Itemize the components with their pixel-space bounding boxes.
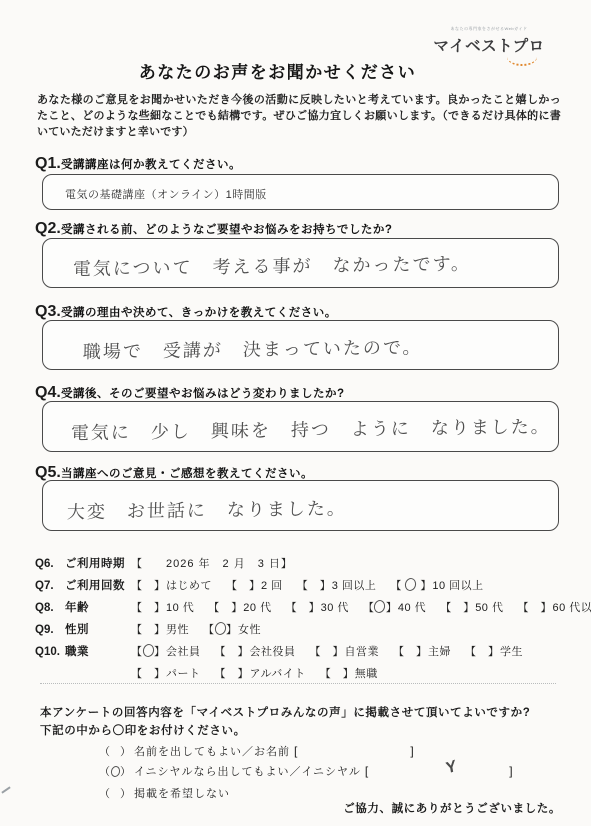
bracket-close: 】 xyxy=(154,668,165,680)
q8-option-50s: 【】50 代 xyxy=(440,602,503,614)
paren-open: （ xyxy=(99,766,111,778)
answer-box-q5: 大変 お世話に なりました。 xyxy=(42,480,559,531)
question-label: 受講講座は何か教えてください。 xyxy=(61,159,241,171)
bracket-open: 【 xyxy=(131,624,142,636)
paren-close: ） xyxy=(120,766,132,778)
q7-option-3-plus: 【】3 回以上 xyxy=(297,580,377,592)
bracket-close: 】 xyxy=(386,602,397,614)
bracket-open: 【 xyxy=(203,624,214,636)
q9-option-female: 【】女性 xyxy=(203,624,261,636)
option-label: はじめて xyxy=(166,580,212,592)
bracket-close: 】 xyxy=(238,646,249,658)
bracket-close: 】 xyxy=(343,668,354,680)
q7-option-2-times: 【】2 回 xyxy=(226,580,283,592)
circle-mark xyxy=(373,599,387,614)
option-label: 会社役員 xyxy=(250,646,296,658)
question-number: Q6. xyxy=(35,558,65,570)
bracket-close: 】 xyxy=(488,646,499,658)
q8-option-40s: 【】40 代 xyxy=(363,602,426,614)
q10-option-housewife: 【】主婦 xyxy=(393,646,451,658)
option-label: 学生 xyxy=(500,646,523,658)
bracket-close: 】 xyxy=(420,580,431,592)
question-number: Q9. xyxy=(35,624,65,636)
handwritten-initial: Y xyxy=(445,757,459,779)
option-label: 主婦 xyxy=(428,646,451,658)
bracket-close: 】 xyxy=(226,624,237,636)
q8-option-20s: 【】20 代 xyxy=(208,602,271,614)
thanks-message: ご協力、誠にありがとうございました。 xyxy=(343,800,561,816)
profile-row-occupation: Q10.職業【】会社員【】会社役員【】自営業【】主婦【】学生 xyxy=(35,643,575,659)
answer-text-q1: 電気の基礎講座（オンライン）1時間版 xyxy=(43,175,558,202)
row-label: 性別 xyxy=(65,621,131,637)
bracket-open: 【 xyxy=(131,580,142,592)
option-label: パート xyxy=(166,668,201,680)
bracket-close: 】 xyxy=(154,602,165,614)
logo-tagline: あなたの専門家をさがせるWebガイド xyxy=(431,26,547,32)
row-label: 年齢 xyxy=(65,599,131,615)
answer-box-q1: 電気の基礎講座（オンライン）1時間版 xyxy=(42,174,559,210)
bracket-close: 】 xyxy=(309,602,320,614)
handwritten-answer-q3: 職場で 受講が 決まっていたので。 xyxy=(43,317,559,364)
consent-option-initial-ok: （）イニシヤルなら出してもよい／イニシヤル[Y] xyxy=(99,763,514,779)
q8-option-30s: 【】30 代 xyxy=(286,602,349,614)
q8-option-10s: 【】10 代 xyxy=(131,602,194,614)
question-number: Q3. xyxy=(35,303,61,321)
question-number: Q8. xyxy=(35,602,65,614)
bracket-open: 【 xyxy=(393,646,404,658)
option-label: 3 回以上 xyxy=(332,580,377,592)
q7-option-first-time: 【】はじめて xyxy=(131,580,212,592)
bracket-open: 【 xyxy=(131,646,142,658)
question-number: Q4. xyxy=(35,384,61,402)
survey-scan-page: あなたの専門家をさがせるWebガイド マイベストプロ あなたのお声をお聞かせくだ… xyxy=(0,0,591,826)
profile-row-usage-count: Q7.ご利用回数【】はじめて【】2 回【】3 回以上【】10 回以上 xyxy=(35,577,575,593)
bracket-close: 】 xyxy=(416,646,427,658)
answer-box-q4: 電気に 少し 興味を 持つ ように なりました。 xyxy=(42,401,559,452)
name-field xyxy=(298,745,410,757)
bracket-open: 【 xyxy=(215,646,226,658)
row-label: 職業 xyxy=(65,643,131,659)
q10-option-part-time: 【】パート xyxy=(131,668,201,680)
profile-row-gender: Q9.性別【】男性【】女性 xyxy=(35,621,575,637)
question-number: Q1. xyxy=(35,155,61,173)
usage-date-value: 2026 年 2 月 3 日 xyxy=(142,558,281,570)
question-label: 受講される前、どのようなご要望やお悩みをお持ちでしたか? xyxy=(61,224,392,236)
question-label: 当講座へのご意見・ご感想を教えてください。 xyxy=(61,468,313,480)
option-label: 60 代以上 xyxy=(552,602,591,614)
bracket-open: 【 xyxy=(320,668,331,680)
option-label: 40 代 xyxy=(398,602,426,614)
answer-box-q3: 職場で 受講が 決まっていたので。 xyxy=(42,320,559,370)
bracket-open: 【 xyxy=(131,558,142,570)
paren-open: （ xyxy=(99,746,111,758)
option-label: 男性 xyxy=(166,624,189,636)
paren-open: （ xyxy=(99,788,111,800)
scan-artifact xyxy=(1,786,10,793)
question-1: Q1.受講講座は何か教えてください。 xyxy=(35,155,565,173)
circle-mark xyxy=(404,577,418,592)
question-2: Q2.受講される前、どのようなご要望やお悩みをお持ちでしたか? xyxy=(35,220,565,238)
bracket-open: 【 xyxy=(286,602,297,614)
consent-heading-1: 本アンケートの回答内容を「マイベストプロみんなの声」に掲載させて頂いてよいですか… xyxy=(40,704,530,720)
bracket-open: 【 xyxy=(226,580,237,592)
option-label: 掲載を希望しない xyxy=(134,788,230,800)
page-title: あなたのお声をお聞かせください xyxy=(0,58,555,83)
bracket-open: 【 xyxy=(297,580,308,592)
bracket-open: 【 xyxy=(390,580,401,592)
question-number: Q7. xyxy=(35,580,65,592)
bracket-close: 】 xyxy=(320,580,331,592)
profile-row-usage-date: Q6.ご利用時期【 2026 年 2 月 3 日】 xyxy=(35,555,575,571)
bracket-close: 】 xyxy=(540,602,551,614)
q7-option-10-plus: 【】10 回以上 xyxy=(390,580,483,592)
profile-row-age: Q8.年齢【】10 代【】20 代【】30 代【】40 代【】50 代【】60 … xyxy=(35,599,575,615)
consent-option-name-ok: （）名前を出してもよい／お名前[] xyxy=(99,743,415,759)
q10-option-student: 【】学生 xyxy=(465,646,523,658)
paren-close: ） xyxy=(120,746,132,758)
bracket-close: 】 xyxy=(281,558,292,570)
bracket-close: 】 xyxy=(231,602,242,614)
q10-option-unemployed: 【】無職 xyxy=(320,668,378,680)
dotted-divider xyxy=(40,683,556,684)
handwritten-answer-q2: 電気について 考える事が なかったです。 xyxy=(43,235,559,281)
question-label: 受講の理由や決めて、きっかけを教えてください。 xyxy=(61,307,337,319)
bracket-close: 】 xyxy=(154,646,165,658)
consent-heading-2: 下記の中から〇印をお付けください。 xyxy=(40,722,246,738)
q10-option-self-employed: 【】自営業 xyxy=(310,646,380,658)
q9-option-male: 【】男性 xyxy=(131,624,189,636)
bracket-open: 【 xyxy=(215,668,226,680)
option-label: 2 回 xyxy=(261,580,283,592)
bracket-close: 】 xyxy=(333,646,344,658)
row-label: ご利用時期 xyxy=(65,555,131,571)
option-label: 名前を出してもよい／お名前 xyxy=(134,746,290,758)
handwritten-answer-q5: 大変 お世話に なりました。 xyxy=(43,477,559,524)
q8-option-60-plus: 【】60 代以上 xyxy=(517,602,591,614)
bracket-open: 【 xyxy=(465,646,476,658)
bracket-open: 【 xyxy=(131,602,142,614)
q10-option-arbeit: 【】アルバイト xyxy=(215,668,306,680)
bracket-open: 【 xyxy=(517,602,528,614)
circle-mark xyxy=(141,643,155,658)
bracket-close: 】 xyxy=(154,624,165,636)
intro-text: あなた様のご意見をお聞かせいただき今後の活動に反映したいと考えています。良かった… xyxy=(37,92,561,140)
bracket-close: 】 xyxy=(238,668,249,680)
option-label: 10 回以上 xyxy=(432,580,483,592)
option-label: アルバイト xyxy=(250,668,306,680)
option-label: 会社員 xyxy=(166,646,201,658)
circle-mark xyxy=(213,621,227,636)
bracket-open: 【 xyxy=(440,602,451,614)
q10-option-company-officer: 【】会社役員 xyxy=(215,646,296,658)
row-label: ご利用回数 xyxy=(65,577,131,593)
bracket-open: 【 xyxy=(310,646,321,658)
consent-option-no-publish: （）掲載を希望しない xyxy=(99,785,234,801)
option-label: 30 代 xyxy=(321,602,349,614)
option-label: イニシヤルなら出してもよい／イニシヤル xyxy=(134,766,361,778)
bracket-close: 】 xyxy=(249,580,260,592)
handwritten-answer-q4: 電気に 少し 興味を 持つ ように なりました。 xyxy=(43,398,559,445)
bracket-close: 】 xyxy=(463,602,474,614)
option-label: 20 代 xyxy=(243,602,271,614)
paren-close: ） xyxy=(120,788,132,800)
option-label: 自営業 xyxy=(345,646,380,658)
bracket-open: 【 xyxy=(208,602,219,614)
bracket-open: 【 xyxy=(363,602,374,614)
bracket-close: 】 xyxy=(154,580,165,592)
q10-option-company-employee: 【】会社員 xyxy=(131,646,201,658)
square-bracket-close: ] xyxy=(509,764,513,778)
option-label: 女性 xyxy=(238,624,261,636)
option-label: 無職 xyxy=(355,668,378,680)
answer-box-q2: 電気について 考える事が なかったです。 xyxy=(42,238,559,288)
initial-field: Y xyxy=(369,765,509,777)
bracket-open: 【 xyxy=(131,668,142,680)
profile-row-occupation-2: 【】パート【】アルバイト【】無職 xyxy=(131,665,591,681)
question-number: Q2. xyxy=(35,220,61,238)
question-label: 受講後、そのご要望やお悩みはどう変わりましたか? xyxy=(61,388,345,400)
option-label: 50 代 xyxy=(475,602,503,614)
option-label: 10 代 xyxy=(166,602,194,614)
square-bracket-close: ] xyxy=(410,744,414,758)
question-number: Q10. xyxy=(35,646,65,658)
logo-wordmark: マイベストプロ xyxy=(431,34,547,56)
